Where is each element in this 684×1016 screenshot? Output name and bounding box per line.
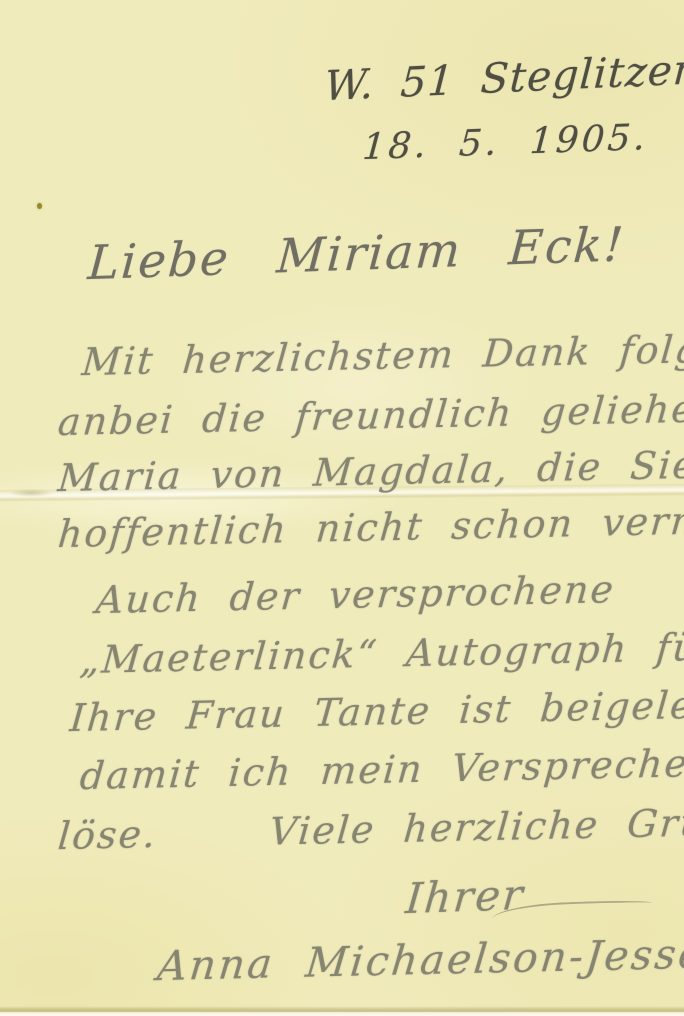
body-line: damit ich mein Versprechen ein=: [78, 738, 684, 798]
fold-crease: [0, 484, 684, 502]
body-line: Mit herzlichstem Dank folgt: [80, 327, 684, 384]
body-line: Auch der versprochene: [94, 567, 617, 622]
body-line: anbei die freundlich geliehene: [56, 386, 684, 445]
signature-line: Anna Michaelson-Jessen.: [155, 929, 684, 991]
body-line: „Maeterlinck“ Autograph für: [78, 625, 684, 682]
letter-scan: W. 51 Steglitzerstr. 18. 5. 1905. Liebe …: [0, 0, 684, 1016]
body-line: Ihre Frau Tante ist beigelegt,: [68, 682, 684, 740]
address-line: W. 51 Steglitzerstr.: [323, 42, 684, 110]
body-line: löse. Viele herzliche Grüße: [56, 799, 684, 858]
body-line: hoffentlich nicht schon vermißten.: [56, 496, 684, 556]
pen-flourish: [492, 899, 653, 923]
date-line: 18. 5. 1905.: [361, 117, 649, 168]
salutation-line: Liebe Miriam Eck!: [86, 217, 627, 291]
paper-speck: [37, 203, 42, 209]
fold-crease-pinch: [8, 489, 54, 497]
scan-bottom-edge: [0, 1006, 684, 1016]
